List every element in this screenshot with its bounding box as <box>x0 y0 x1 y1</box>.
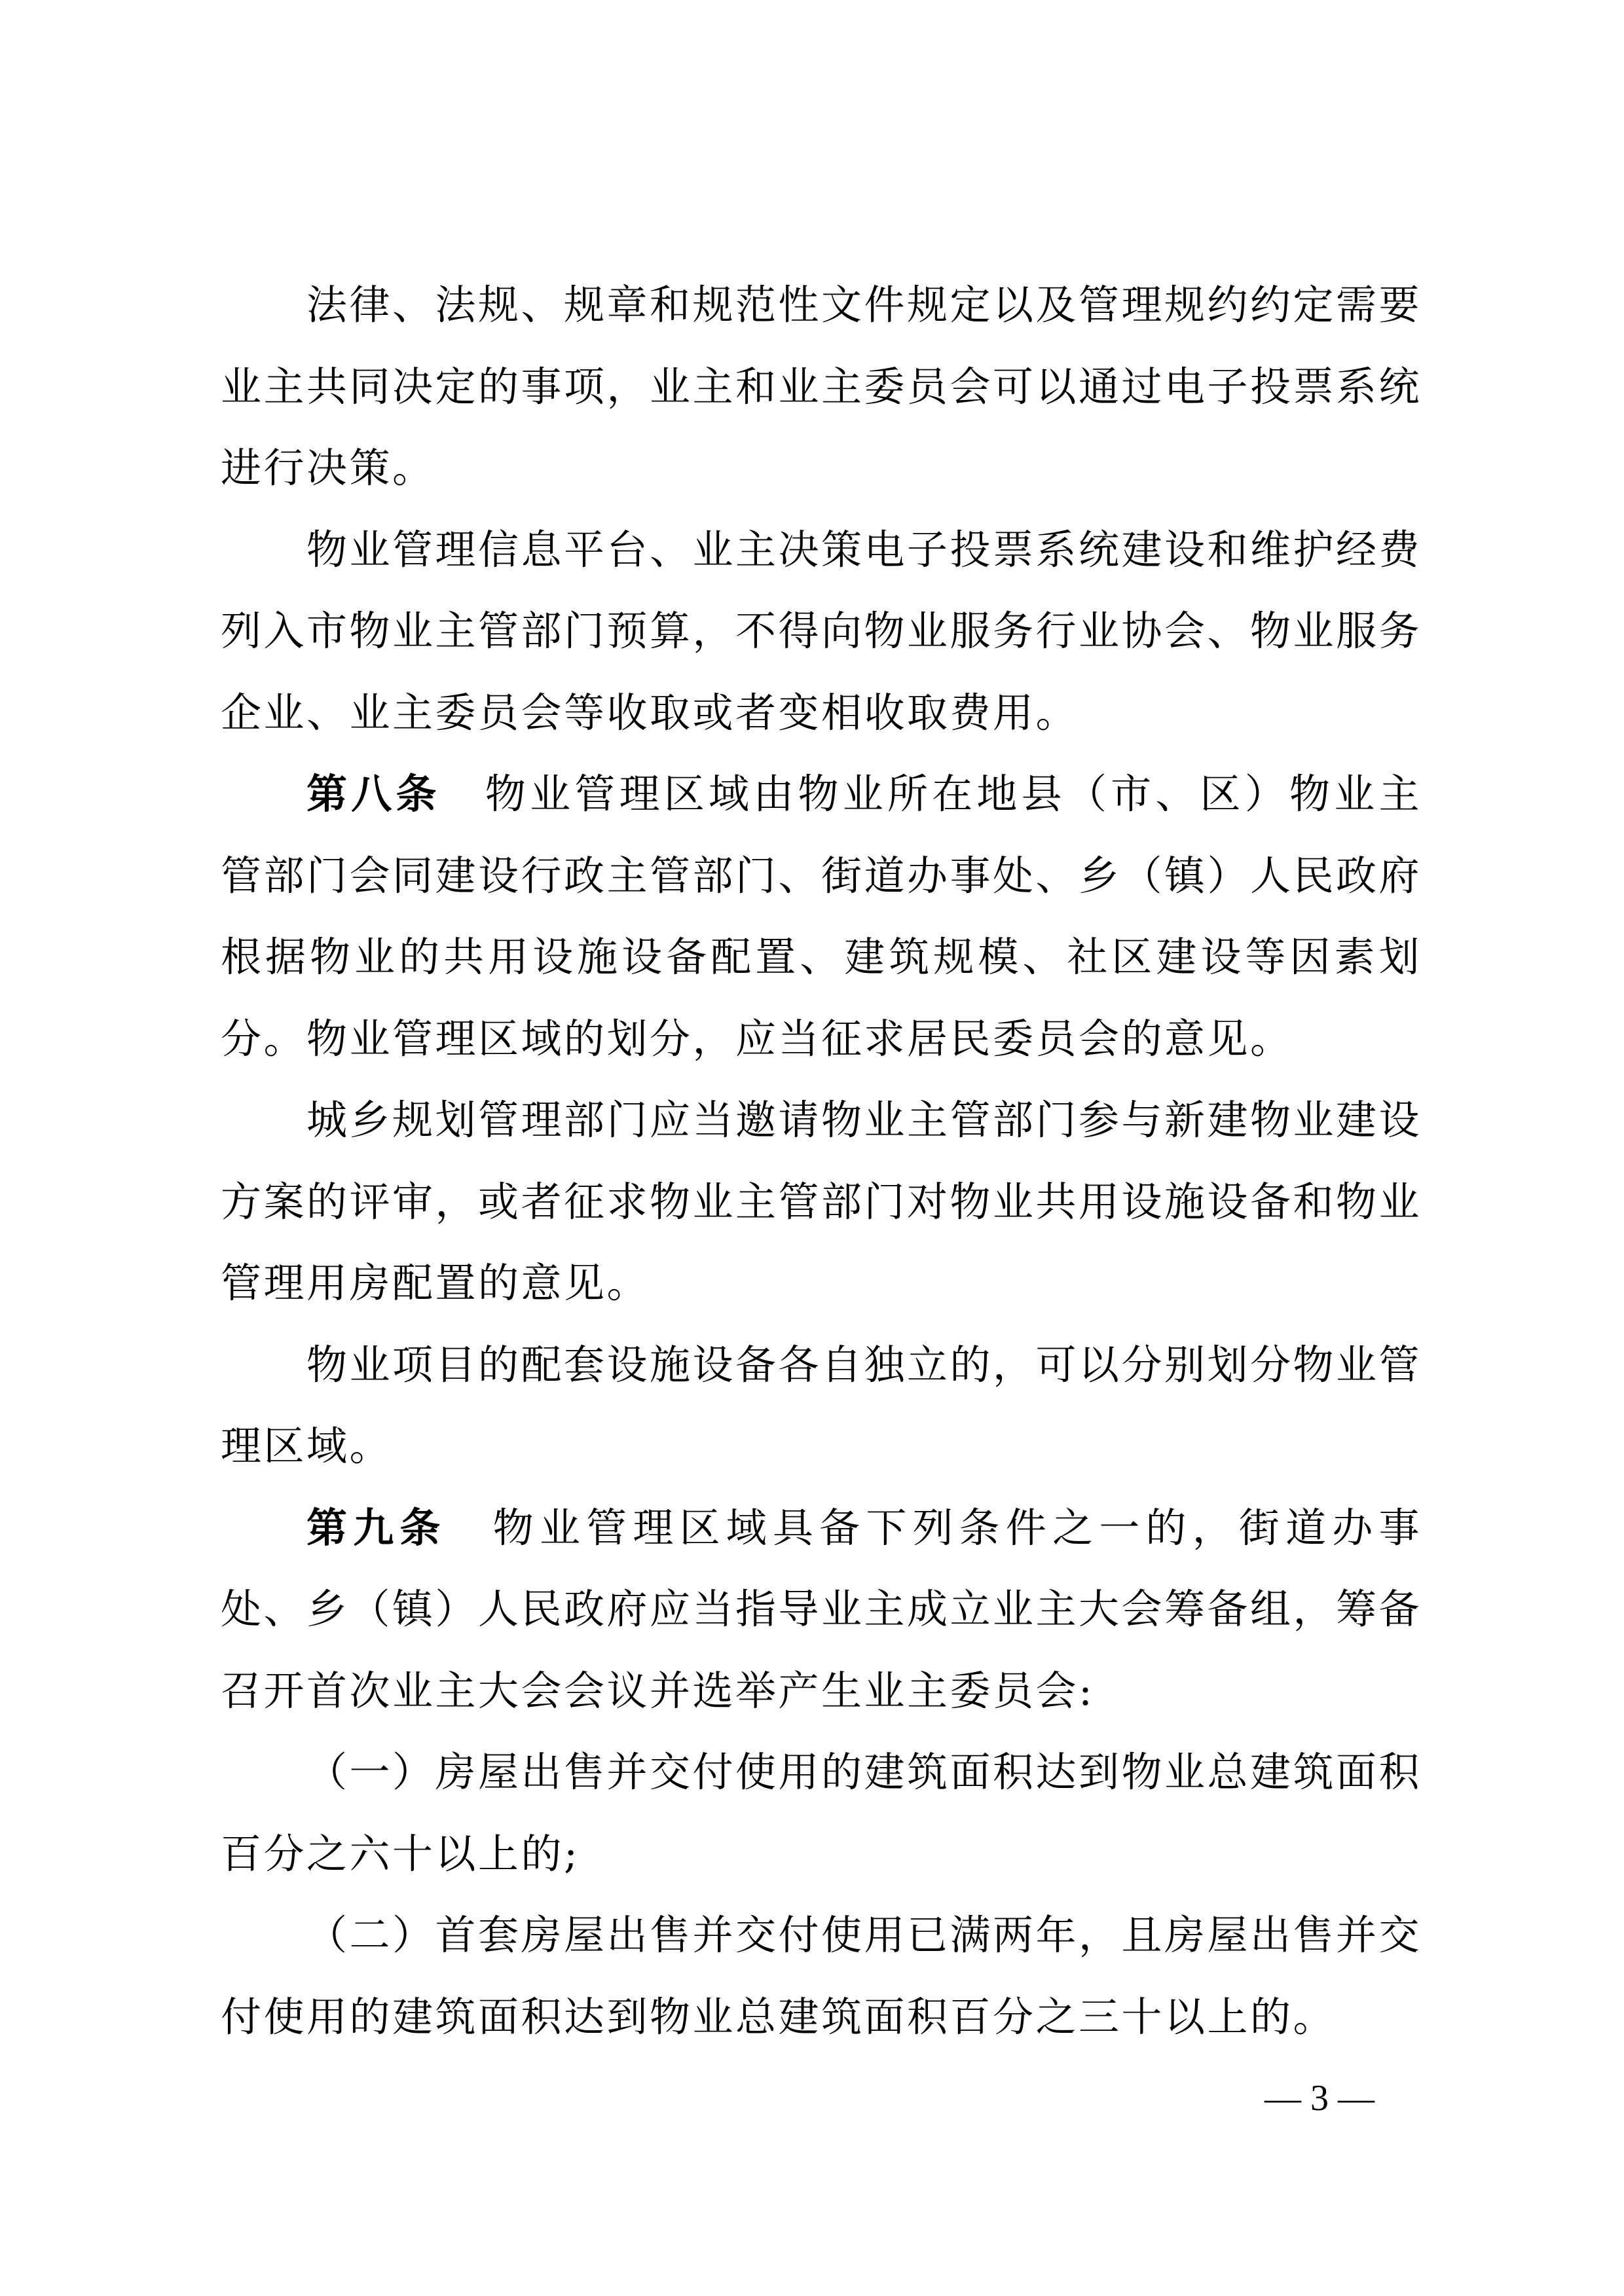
paragraph-text: 物业管理信息平台、业主决策电子投票系统建设和维护经费列入市物业主管部门预算，不得… <box>221 526 1422 737</box>
list-item-1: （一）房屋出售并交付使用的建筑面积达到物业总建筑面积百分之六十以上的; <box>221 1732 1422 1895</box>
heading-separator <box>441 770 485 818</box>
article-heading: 第八条 <box>306 770 441 818</box>
article-9-paragraph: 第九条 物业管理区域具备下列条件之一的，街道办事处、乡（镇）人民政府应当指导业主… <box>221 1487 1422 1732</box>
paragraph-text: 城乡规划管理部门应当邀请物业主管部门参与新建物业建设方案的评审，或者征求物业主管… <box>221 1096 1422 1307</box>
paragraph-1: 法律、法规、规章和规范性文件规定以及管理规约约定需要业主共同决定的事项，业主和业… <box>221 264 1422 509</box>
paragraph-5: 物业项目的配套设施设备各自独立的，可以分别划分物业管理区域。 <box>221 1324 1422 1487</box>
paragraph-4: 城乡规划管理部门应当邀请物业主管部门参与新建物业建设方案的评审，或者征求物业主管… <box>221 1080 1422 1324</box>
page-number: — 3 — <box>1254 2075 1385 2121</box>
heading-separator <box>447 1504 493 1552</box>
article-heading: 第九条 <box>306 1504 447 1552</box>
paragraph-text: 法律、法规、规章和规范性文件规定以及管理规约约定需要业主共同决定的事项，业主和业… <box>221 281 1422 492</box>
paragraph-text: 物业项目的配套设施设备各自独立的，可以分别划分物业管理区域。 <box>221 1341 1422 1470</box>
paragraph-text: （一）房屋出售并交付使用的建筑面积达到物业总建筑面积百分之六十以上的; <box>221 1748 1422 1878</box>
document-page: 法律、法规、规章和规范性文件规定以及管理规约约定需要业主共同决定的事项，业主和业… <box>221 264 1422 2058</box>
paragraph-2: 物业管理信息平台、业主决策电子投票系统建设和维护经费列入市物业主管部门预算，不得… <box>221 509 1422 754</box>
paragraph-text: （二）首套房屋出售并交付使用已满两年，且房屋出售并交付使用的建筑面积达到物业总建… <box>221 1911 1422 2041</box>
list-item-2: （二）首套房屋出售并交付使用已满两年，且房屋出售并交付使用的建筑面积达到物业总建… <box>221 1895 1422 2058</box>
article-8-paragraph: 第八条 物业管理区域由物业所在地县（市、区）物业主管部门会同建设行政主管部门、街… <box>221 754 1422 1080</box>
